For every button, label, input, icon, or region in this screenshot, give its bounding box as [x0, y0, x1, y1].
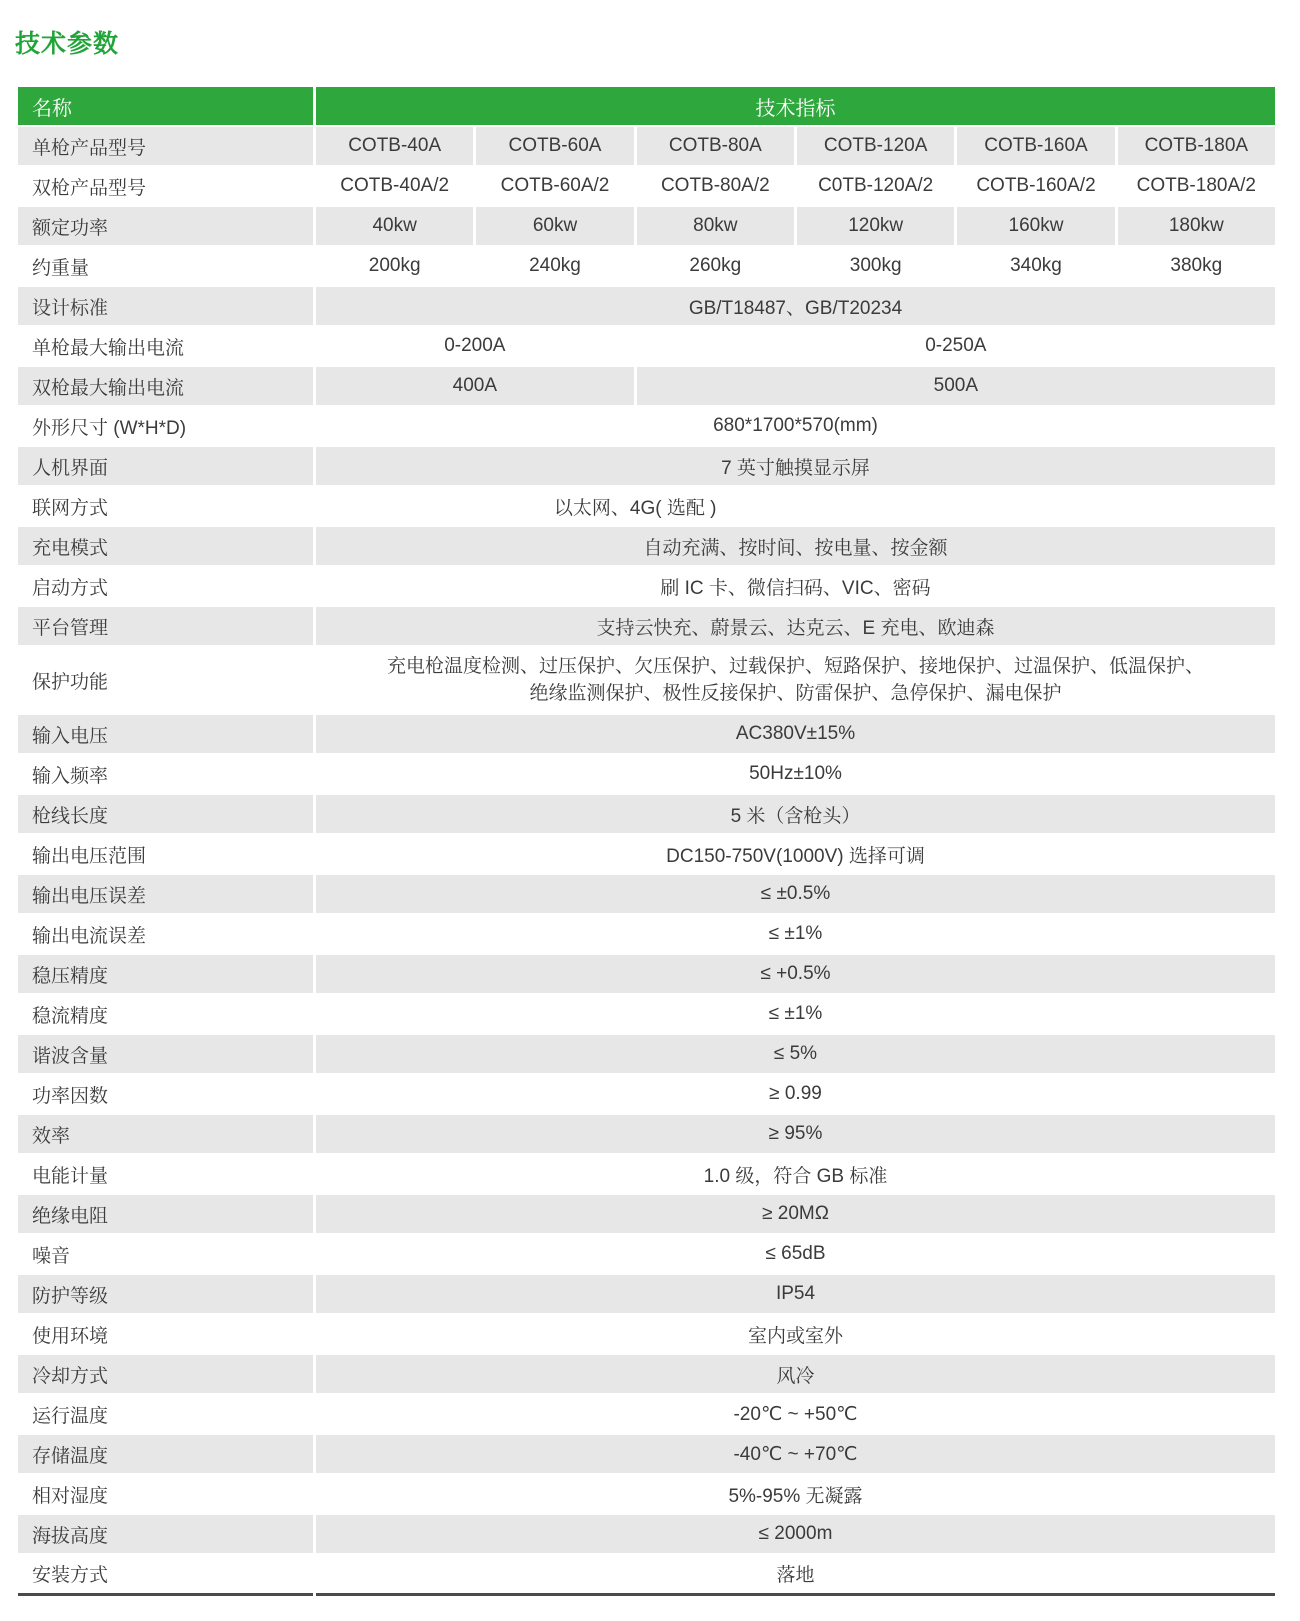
spec-label: 安装方式 [17, 1554, 315, 1594]
spec-value: -20℃ ~ +50℃ [315, 1394, 1277, 1434]
spec-label: 双枪产品型号 [17, 166, 315, 206]
spec-value: 5 米（含枪头） [315, 794, 1277, 834]
spec-label: 功率因数 [17, 1074, 315, 1114]
spec-value: 支持云快充、蔚景云、达克云、E 充电、欧迪森 [315, 606, 1277, 646]
spec-value: 260kg [635, 246, 795, 286]
spec-row: 额定功率40kw60kw80kw120kw160kw180kw [17, 206, 1277, 246]
spec-value: 室内或室外 [315, 1314, 1277, 1354]
spec-label: 联网方式 [17, 486, 315, 526]
spec-value: COTB-60A/2 [475, 166, 635, 206]
spec-row: 输出电流误差≤ ±1% [17, 914, 1277, 954]
spec-value: 7 英寸触摸显示屏 [315, 446, 1277, 486]
spec-row: 使用环境室内或室外 [17, 1314, 1277, 1354]
spec-value: 0-250A [635, 326, 1276, 366]
table-header-row: 名称 技术指标 [17, 86, 1277, 126]
spec-row: 安装方式落地 [17, 1554, 1277, 1594]
spec-label: 启动方式 [17, 566, 315, 606]
spec-label: 海拔高度 [17, 1514, 315, 1554]
spec-value: 刷 IC 卡、微信扫码、VIC、密码 [315, 566, 1277, 606]
spec-label: 单枪最大输出电流 [17, 326, 315, 366]
spec-value: 以太网、4G( 选配 ) [315, 486, 956, 526]
spec-row: 运行温度-20℃ ~ +50℃ [17, 1394, 1277, 1434]
spec-row: 防护等级IP54 [17, 1274, 1277, 1314]
spec-label: 输出电流误差 [17, 914, 315, 954]
spec-value: 5%-95% 无凝露 [315, 1474, 1277, 1514]
spec-label: 枪线长度 [17, 794, 315, 834]
spec-row: 稳流精度≤ ±1% [17, 994, 1277, 1034]
spec-row: 稳压精度≤ +0.5% [17, 954, 1277, 994]
spec-label: 使用环境 [17, 1314, 315, 1354]
spec-value: COTB-180A/2 [1116, 166, 1276, 206]
spec-value: 380kg [1116, 246, 1276, 286]
spec-value: COTB-160A/2 [956, 166, 1116, 206]
spec-row: 约重量200kg240kg260kg300kg340kg380kg [17, 246, 1277, 286]
spec-label: 输入频率 [17, 754, 315, 794]
spec-label: 输出电压误差 [17, 874, 315, 914]
spec-label: 单枪产品型号 [17, 126, 315, 166]
spec-value: 500A [635, 366, 1276, 406]
spec-label: 输出电压范围 [17, 834, 315, 874]
spec-label: 稳压精度 [17, 954, 315, 994]
spec-row: 噪音≤ 65dB [17, 1234, 1277, 1274]
spec-value: 200kg [315, 246, 475, 286]
spec-row: 谐波含量≤ 5% [17, 1034, 1277, 1074]
spec-value: COTB-160A [956, 126, 1116, 166]
spec-row: 绝缘电阻≥ 20MΩ [17, 1194, 1277, 1234]
spec-label: 额定功率 [17, 206, 315, 246]
spec-value: AC380V±15% [315, 714, 1277, 754]
spec-row: 冷却方式风冷 [17, 1354, 1277, 1394]
spec-value: IP54 [315, 1274, 1277, 1314]
spec-row: 相对湿度5%-95% 无凝露 [17, 1474, 1277, 1514]
spec-row: 枪线长度5 米（含枪头） [17, 794, 1277, 834]
spec-row: 功率因数≥ 0.99 [17, 1074, 1277, 1114]
header-spec-cell: 技术指标 [315, 86, 1277, 126]
spec-value: GB/T18487、GB/T20234 [315, 286, 1277, 326]
spec-value: COTB-60A [475, 126, 635, 166]
page-title: 技术参数 [15, 24, 119, 60]
spec-label: 防护等级 [17, 1274, 315, 1314]
spec-value: 160kw [956, 206, 1116, 246]
spec-value: C0TB-120A/2 [795, 166, 955, 206]
spec-value: 风冷 [315, 1354, 1277, 1394]
spec-row: 海拔高度≤ 2000m [17, 1514, 1277, 1554]
spec-label: 运行温度 [17, 1394, 315, 1434]
spec-label: 平台管理 [17, 606, 315, 646]
spec-value: 自动充满、按时间、按电量、按金额 [315, 526, 1277, 566]
spec-row: 充电模式自动充满、按时间、按电量、按金额 [17, 526, 1277, 566]
spec-row: 双枪最大输出电流400A500A [17, 366, 1277, 406]
spec-label: 冷却方式 [17, 1354, 315, 1394]
spec-label: 谐波含量 [17, 1034, 315, 1074]
spec-value: 1.0 级，符合 GB 标准 [315, 1154, 1277, 1194]
spec-label: 双枪最大输出电流 [17, 366, 315, 406]
spec-row: 双枪产品型号COTB-40A/2COTB-60A/2COTB-80A/2C0TB… [17, 166, 1277, 206]
spec-value: 充电枪温度检测、过压保护、欠压保护、过载保护、短路保护、接地保护、过温保护、低温… [315, 646, 1277, 714]
spec-value: ≥ 95% [315, 1114, 1277, 1154]
spec-value: COTB-40A/2 [315, 166, 475, 206]
spec-value: 落地 [315, 1554, 1277, 1594]
spec-label: 设计标准 [17, 286, 315, 326]
spec-row: 设计标准GB/T18487、GB/T20234 [17, 286, 1277, 326]
spec-value: DC150-750V(1000V) 选择可调 [315, 834, 1277, 874]
spec-label: 外形尺寸 (W*H*D) [17, 406, 315, 446]
spec-row: 单枪最大输出电流0-200A0-250A [17, 326, 1277, 366]
spec-label: 绝缘电阻 [17, 1194, 315, 1234]
spec-table: 名称 技术指标 单枪产品型号COTB-40ACOTB-60ACOTB-80ACO… [15, 85, 1278, 1596]
spec-row: 联网方式以太网、4G( 选配 ) [17, 486, 1277, 526]
header-name-cell: 名称 [17, 86, 315, 126]
spec-value: 40kw [315, 206, 475, 246]
spec-value: 400A [315, 366, 636, 406]
spec-value: 180kw [1116, 206, 1276, 246]
spec-value: 240kg [475, 246, 635, 286]
spec-row: 单枪产品型号COTB-40ACOTB-60ACOTB-80ACOTB-120AC… [17, 126, 1277, 166]
spec-value: ≤ +0.5% [315, 954, 1277, 994]
spec-label: 噪音 [17, 1234, 315, 1274]
spec-label: 存储温度 [17, 1434, 315, 1474]
spec-value: ≤ ±0.5% [315, 874, 1277, 914]
spec-label: 效率 [17, 1114, 315, 1154]
spec-value: 340kg [956, 246, 1116, 286]
spec-row: 效率≥ 95% [17, 1114, 1277, 1154]
spec-value: 300kg [795, 246, 955, 286]
spec-value: -40℃ ~ +70℃ [315, 1434, 1277, 1474]
spec-row: 存储温度-40℃ ~ +70℃ [17, 1434, 1277, 1474]
spec-row: 人机界面7 英寸触摸显示屏 [17, 446, 1277, 486]
spec-row: 输出电压误差≤ ±0.5% [17, 874, 1277, 914]
spec-value: 0-200A [315, 326, 636, 366]
spec-value: ≥ 0.99 [315, 1074, 1277, 1114]
spec-row: 输入频率50Hz±10% [17, 754, 1277, 794]
spec-value: 60kw [475, 206, 635, 246]
spec-value: COTB-40A [315, 126, 475, 166]
spec-value: COTB-80A [635, 126, 795, 166]
spec-value-empty [956, 486, 1277, 526]
spec-row: 启动方式刷 IC 卡、微信扫码、VIC、密码 [17, 566, 1277, 606]
spec-value: COTB-120A [795, 126, 955, 166]
spec-value: COTB-80A/2 [635, 166, 795, 206]
spec-label: 充电模式 [17, 526, 315, 566]
spec-value: 80kw [635, 206, 795, 246]
spec-value: ≤ ±1% [315, 914, 1277, 954]
spec-label: 稳流精度 [17, 994, 315, 1034]
spec-value: 120kw [795, 206, 955, 246]
spec-label: 相对湿度 [17, 1474, 315, 1514]
spec-label: 输入电压 [17, 714, 315, 754]
spec-value: ≤ ±1% [315, 994, 1277, 1034]
spec-row: 保护功能充电枪温度检测、过压保护、欠压保护、过载保护、短路保护、接地保护、过温保… [17, 646, 1277, 714]
spec-value: ≤ 65dB [315, 1234, 1277, 1274]
spec-value: ≤ 5% [315, 1034, 1277, 1074]
spec-row: 平台管理支持云快充、蔚景云、达克云、E 充电、欧迪森 [17, 606, 1277, 646]
spec-label: 电能计量 [17, 1154, 315, 1194]
spec-row: 电能计量1.0 级，符合 GB 标准 [17, 1154, 1277, 1194]
spec-row: 外形尺寸 (W*H*D)680*1700*570(mm) [17, 406, 1277, 446]
spec-label: 人机界面 [17, 446, 315, 486]
spec-value: ≤ 2000m [315, 1514, 1277, 1554]
spec-row: 输入电压AC380V±15% [17, 714, 1277, 754]
spec-label: 保护功能 [17, 646, 315, 714]
spec-value: 680*1700*570(mm) [315, 406, 1277, 446]
spec-value: ≥ 20MΩ [315, 1194, 1277, 1234]
spec-value: COTB-180A [1116, 126, 1276, 166]
spec-label: 约重量 [17, 246, 315, 286]
spec-value: 50Hz±10% [315, 754, 1277, 794]
spec-row: 输出电压范围DC150-750V(1000V) 选择可调 [17, 834, 1277, 874]
